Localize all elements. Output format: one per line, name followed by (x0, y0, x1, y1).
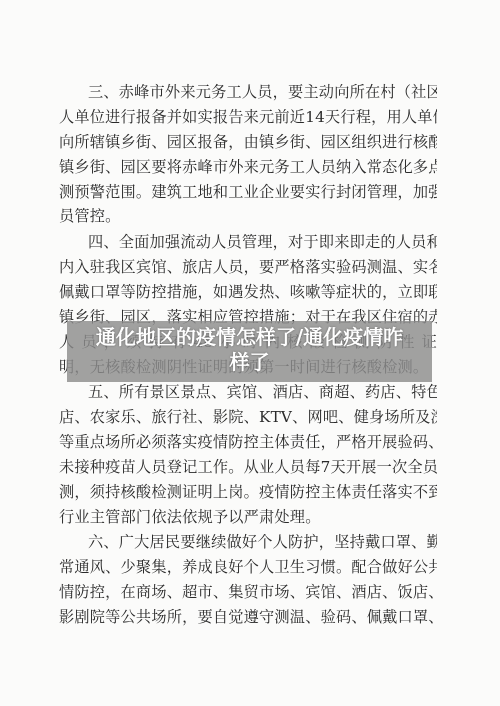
document-line: 行业主管部门依法依规予以严肃处理。 (59, 508, 437, 526)
document-line: 三、赤峰市外来元务工人员，要主动向所在村（社区）、用 (88, 83, 437, 101)
banner-title: 通化地区的疫情怎样了/通化疫情咋样了 (67, 325, 432, 375)
document-line: 四、全面加强流动人员管理，对于即来即走的人员和赤峰市 (88, 233, 437, 251)
document-line: 员管控。 (59, 207, 437, 225)
document-line: 内入驻我区宾馆、旅店人员，要严格落实验码测温、实名登记、 (59, 258, 437, 276)
document-line: 六、广大居民要继续做好个人防护，坚持戴口罩、勤洗手、 (88, 533, 437, 551)
title-banner: 通化地区的疫情怎样了/通化疫情咋样了 (67, 321, 432, 382)
document-line: 情防控，在商场、超市、集贸市场、宾馆、酒店、饭店、药店、 (59, 583, 437, 601)
document-line: 向所辖镇乡街、园区报备，由镇乡街、园区组织进行核酸检测。 (59, 133, 437, 151)
document-line: 常通风、少聚集，养成良好个人卫生习惯。配合做好公共场所疫 (59, 558, 437, 576)
document-line: 等重点场所必须落实疫情防控主体责任，严格开展验码、测温、 (59, 433, 437, 451)
document-page: 三、赤峰市外来元务工人员，要主动向所在村（社区）、用人单位进行报备并如实报告来元… (0, 0, 500, 706)
document-line: 测预警范围。建筑工地和工业企业要实行封闭管理，加强务工人 (59, 183, 437, 201)
document-line: 五、所有景区景点、宾馆、酒店、商超、药店、特色礼品 (88, 383, 437, 401)
document-line: 人单位进行报备并如实报告来元前近14天行程，用人单位要及时 (59, 108, 437, 126)
document-line: 佩戴口罩等防控措施，如遇发热、咳嗽等症状的，立即联系所属 (59, 283, 437, 301)
document-line: 未接种疫苗人员登记工作。从业人员每7天开展一次全员核酸检 (59, 458, 437, 476)
document-line: 店、农家乐、旅行社、影院、KTV、网吧、健身场所及洗浴中心 (59, 408, 437, 426)
document-line: 测，须持核酸检测证明上岗。疫情防控主体责任落实不到位的由 (59, 483, 437, 501)
document-line: 镇乡街、园区要将赤峰市外来元务工人员纳入常态化多点触发监 (59, 158, 437, 176)
document-line: 影剧院等公共场所，要自觉遵守测温、验码、佩戴口罩、间隔距 (59, 608, 437, 626)
